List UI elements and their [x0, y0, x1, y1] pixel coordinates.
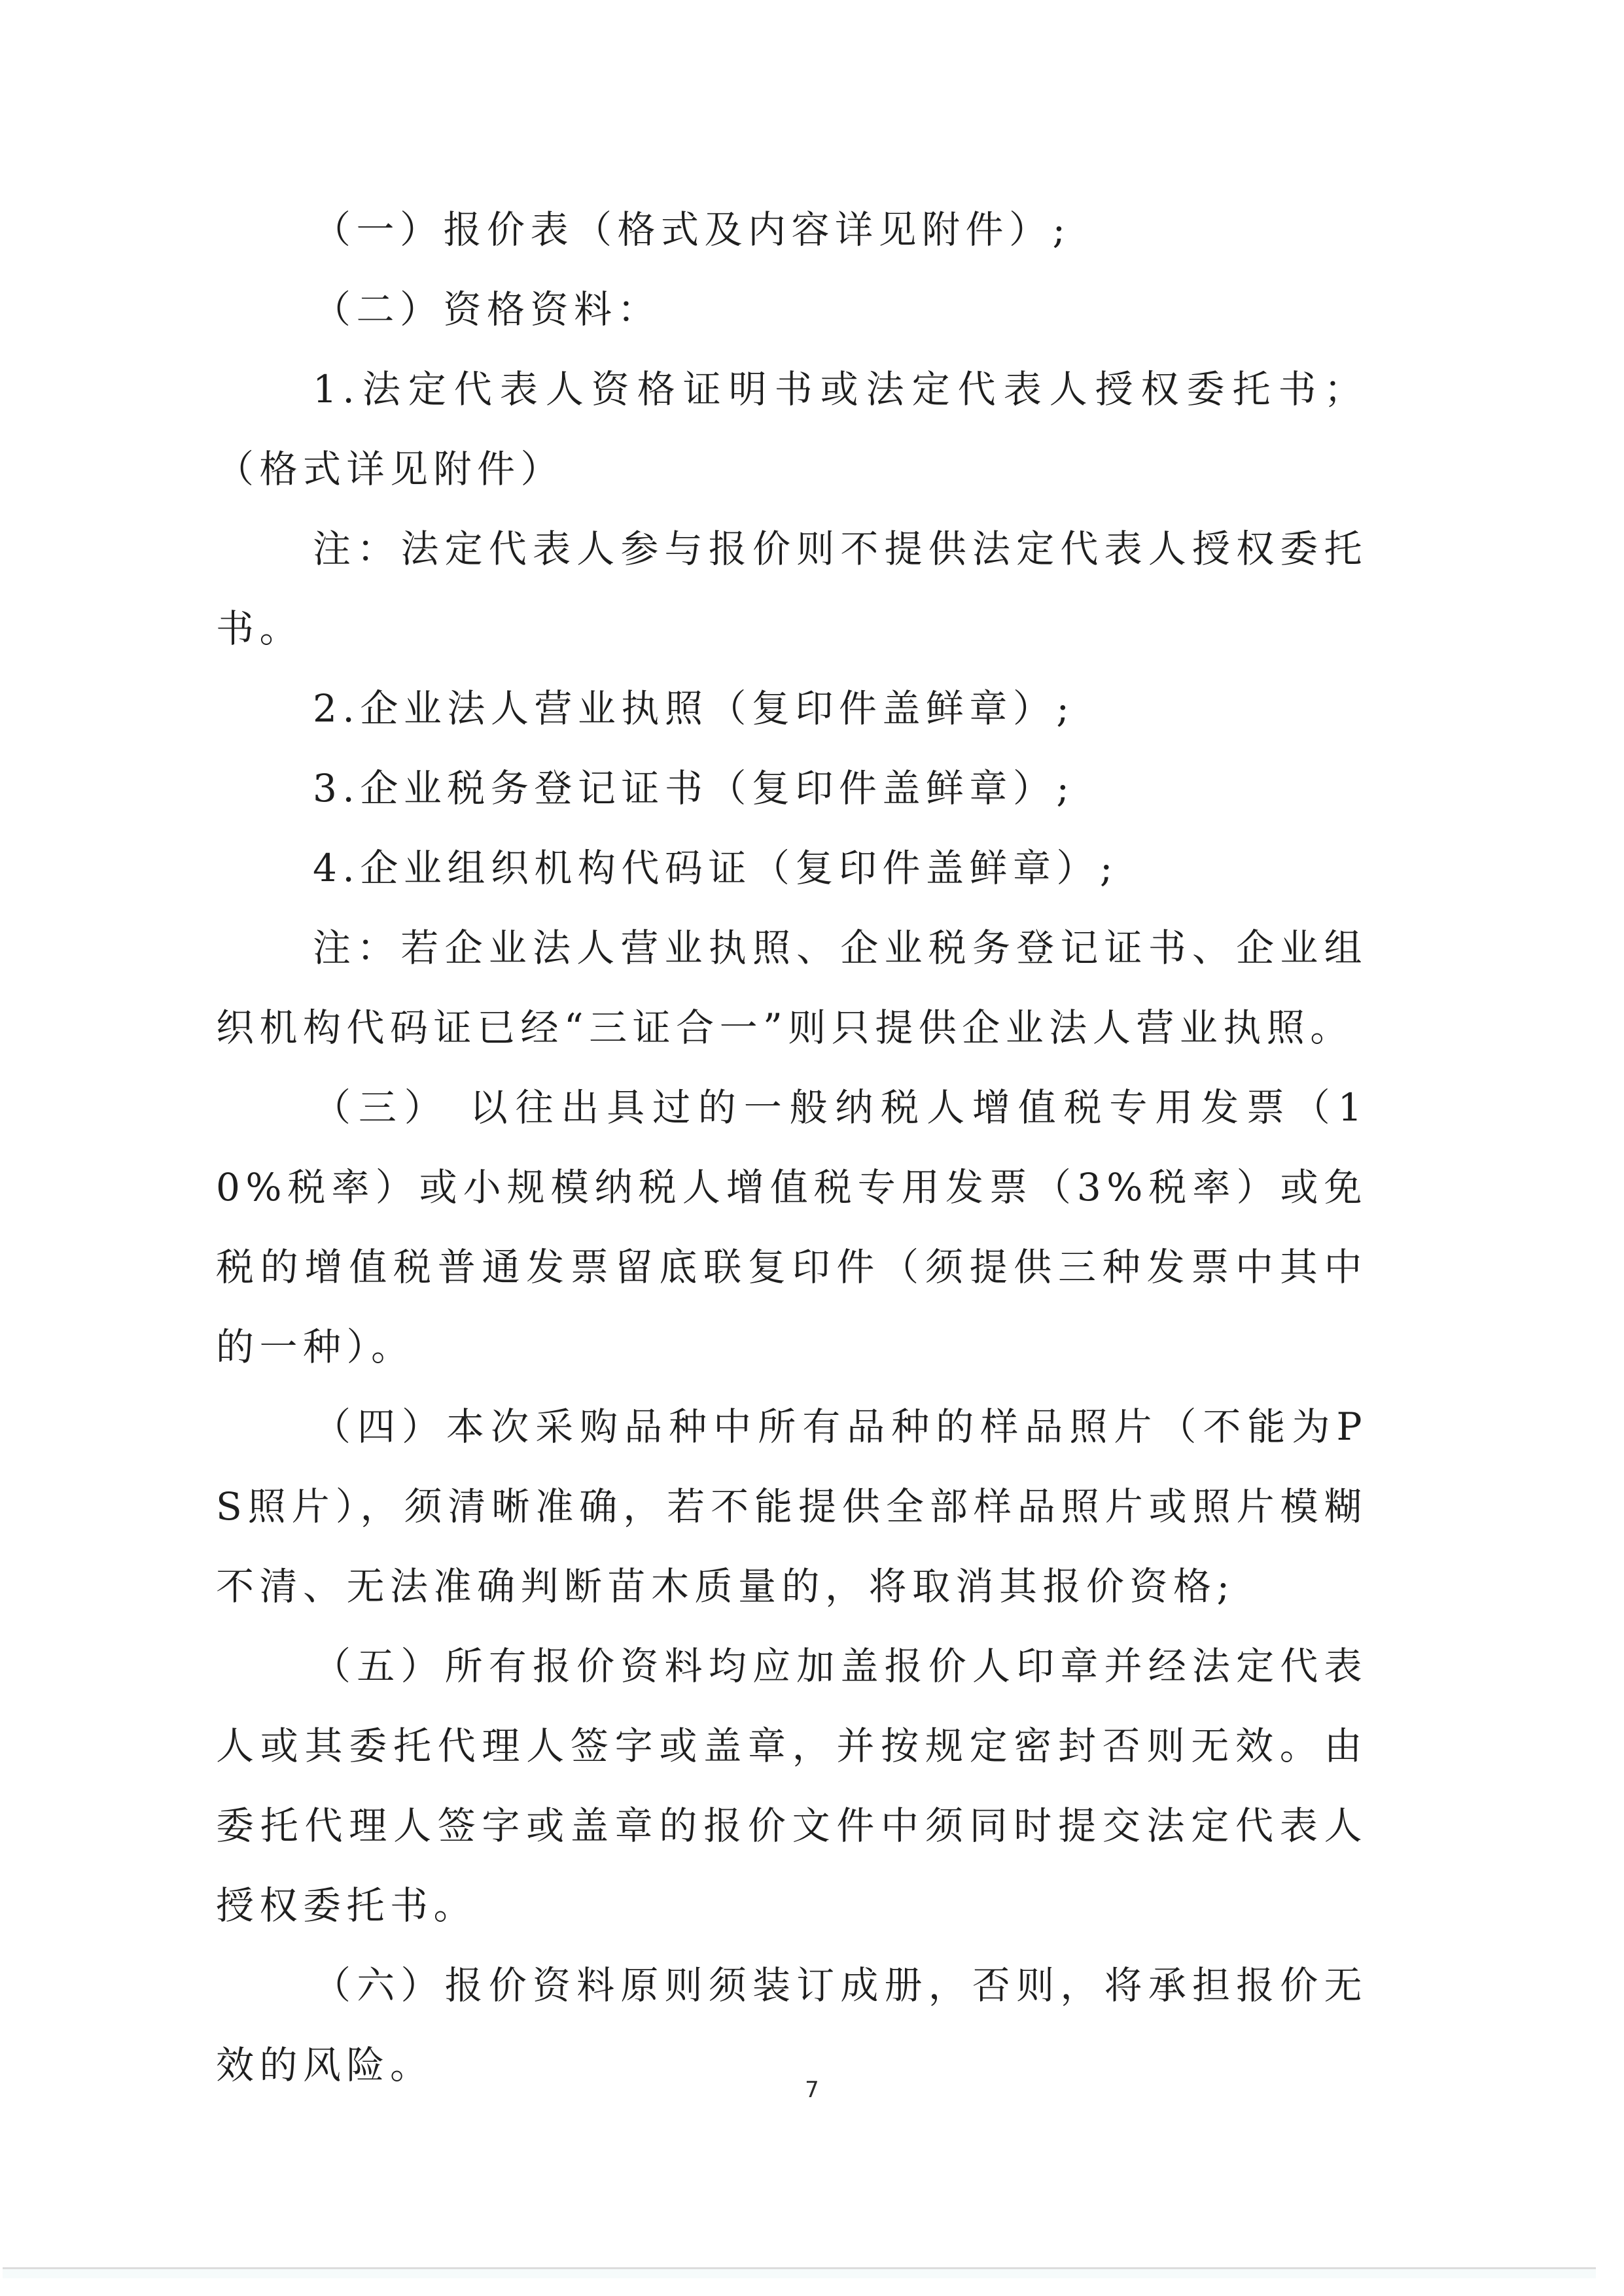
page-number: 7	[0, 2077, 1624, 2103]
paragraph-organization-code: 4.企业组织机构代码证（复印件盖鲜章）;	[216, 828, 1368, 908]
paragraph-legal-rep-certificate: 1.法定代表人资格证明书或法定代表人授权委托书；（格式详见附件）	[216, 349, 1368, 509]
document-page: （一）报价表（格式及内容详见附件）; （二）资格资料： 1.法定代表人资格证明书…	[0, 0, 1624, 2296]
paragraph-qualification-heading: （二）资格资料：	[216, 270, 1368, 349]
paragraph-note-three-in-one: 注：若企业法人营业执照、企业税务登记证书、企业组织机构代码证已经“三证合一”则只…	[216, 908, 1368, 1068]
paragraph-quote-form: （一）报价表（格式及内容详见附件）;	[216, 190, 1368, 270]
document-body: （一）报价表（格式及内容详见附件）; （二）资格资料： 1.法定代表人资格证明书…	[216, 190, 1368, 2105]
paragraph-business-license: 2.企业法人营业执照（复印件盖鲜章）;	[216, 669, 1368, 748]
paragraph-seal-signature: （五）所有报价资料均应加盖报价人印章并经法定代表人或其委托代理人签字或盖章，并按…	[216, 1626, 1368, 1945]
paragraph-tax-registration: 3.企业税务登记证书（复印件盖鲜章）;	[216, 748, 1368, 828]
scan-edge-tint	[3, 2269, 1596, 2278]
paragraph-sample-photos: （四）本次采购品种中所有品种的样品照片（不能为PS照片），须清晰准确，若不能提供…	[216, 1387, 1368, 1626]
paragraph-invoice-copies: （三） 以往出具过的一般纳税人增值税专用发票（10%税率）或小规模纳税人增值税专…	[216, 1068, 1368, 1387]
paragraph-note-legal-rep: 注：法定代表人参与报价则不提供法定代表人授权委托书。	[216, 509, 1368, 669]
